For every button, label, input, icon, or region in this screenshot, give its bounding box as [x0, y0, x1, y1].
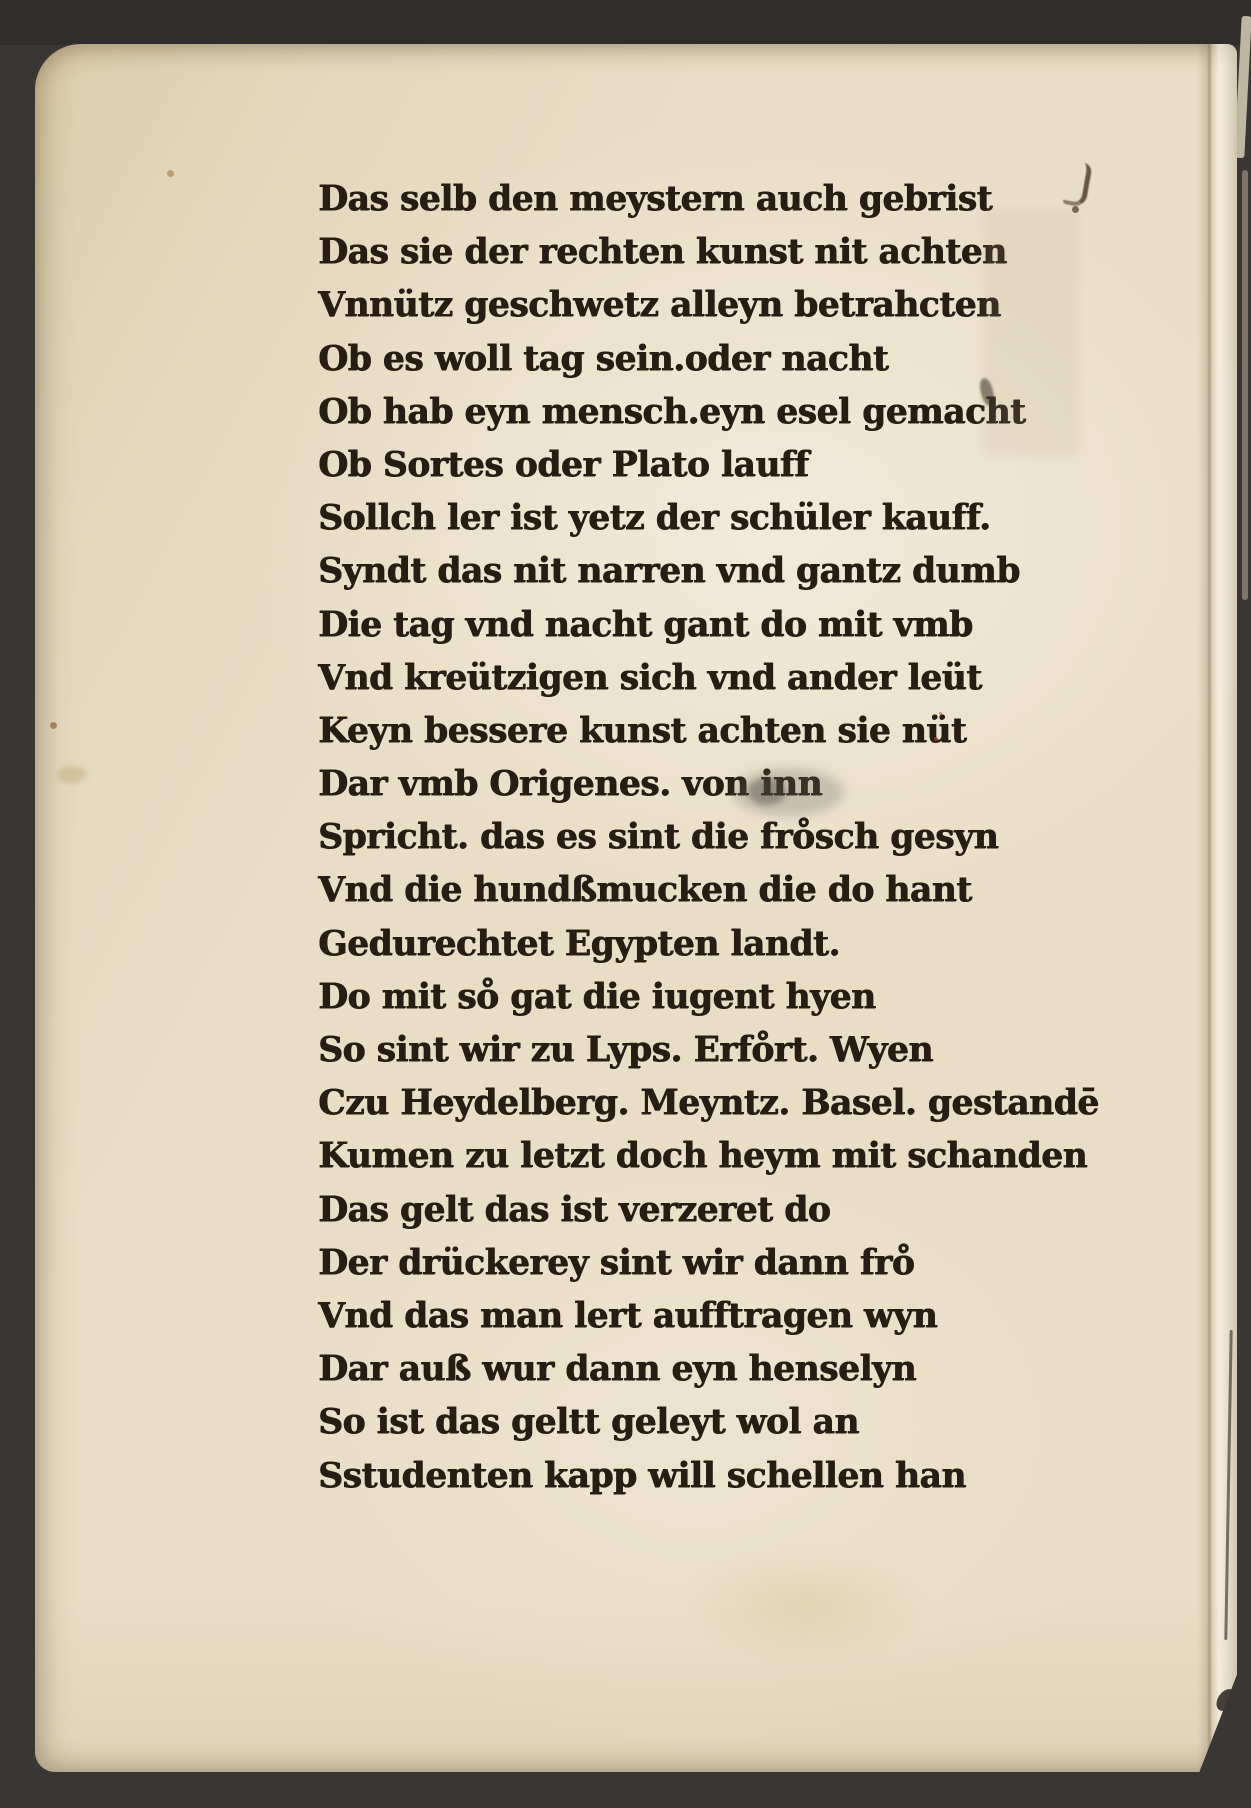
next-page-sliver — [1242, 170, 1248, 600]
text-line: Dar auß wur dann eyn henselyn — [318, 1349, 1099, 1402]
text-line: So sint wir zu Lyps. Erfo̊rt. Wyen — [318, 1030, 1099, 1083]
text-line: Der drückerey sint wir dann fro̊ — [318, 1243, 1099, 1296]
text-line: Das selb den meystern auch gebrist — [318, 179, 1099, 232]
text-line: Vnnütz geschwetz alleyn betrahcten — [318, 285, 1099, 338]
ink-dot — [1072, 206, 1079, 213]
text-line: Sstudenten kapp will schellen han — [318, 1456, 1099, 1509]
text-line: Sollch ler ist yetz der schüler kauff. — [318, 498, 1099, 551]
text-line: Spricht. das es sint die fro̊sch gesyn — [318, 817, 1099, 870]
text-line: Kumen zu letzt doch heym mit schanden — [318, 1136, 1099, 1189]
text-line: Die tag vnd nacht gant do mit vmb — [318, 605, 1099, 658]
text-line: Gedurechtet Egypten landt. — [318, 924, 1099, 977]
paper-speck — [50, 722, 57, 729]
text-line: Das sie der rechten kunst nit achten — [318, 232, 1099, 285]
paper-stain — [640, 1530, 970, 1680]
text-line: Vnd kreützigen sich vnd ander leüt — [318, 658, 1099, 711]
page-fore-edge — [1197, 44, 1237, 1772]
text-line: Vnd das man lert aufftragen wyn — [318, 1296, 1099, 1349]
text-line: Syndt das nit narren vnd gantz dumb — [318, 551, 1099, 604]
text-line: Ob hab eyn mensch.eyn esel gemacht — [318, 392, 1099, 445]
ink-show-through — [983, 210, 1078, 455]
text-line: Czu Heydelberg. Meyntz. Basel. gestandē — [318, 1083, 1099, 1136]
text-line: Vnd die hundßmucken die do hant — [318, 870, 1099, 923]
text-line: So ist das geltt geleyt wol an — [318, 1402, 1099, 1455]
text-line: Das gelt das ist verzeret do — [318, 1190, 1099, 1243]
scan-background: Das selb den meystern auch gebrist Das s… — [0, 0, 1251, 1808]
paper-speck — [167, 170, 174, 177]
red-speck — [934, 737, 938, 741]
text-line: Keyn bessere kunst achten sie nüt — [318, 711, 1099, 764]
paper-stain — [58, 766, 86, 783]
red-speck — [939, 712, 942, 715]
text-line: Ob Sortes oder Plato lauff — [318, 445, 1099, 498]
text-line: Dar vmb Origenes. von inn — [318, 764, 1099, 817]
gutter-crease — [1208, 44, 1211, 1772]
text-line: Do mit so̊ gat die iugent hyen — [318, 977, 1099, 1030]
ink-smudge-core — [748, 778, 786, 805]
